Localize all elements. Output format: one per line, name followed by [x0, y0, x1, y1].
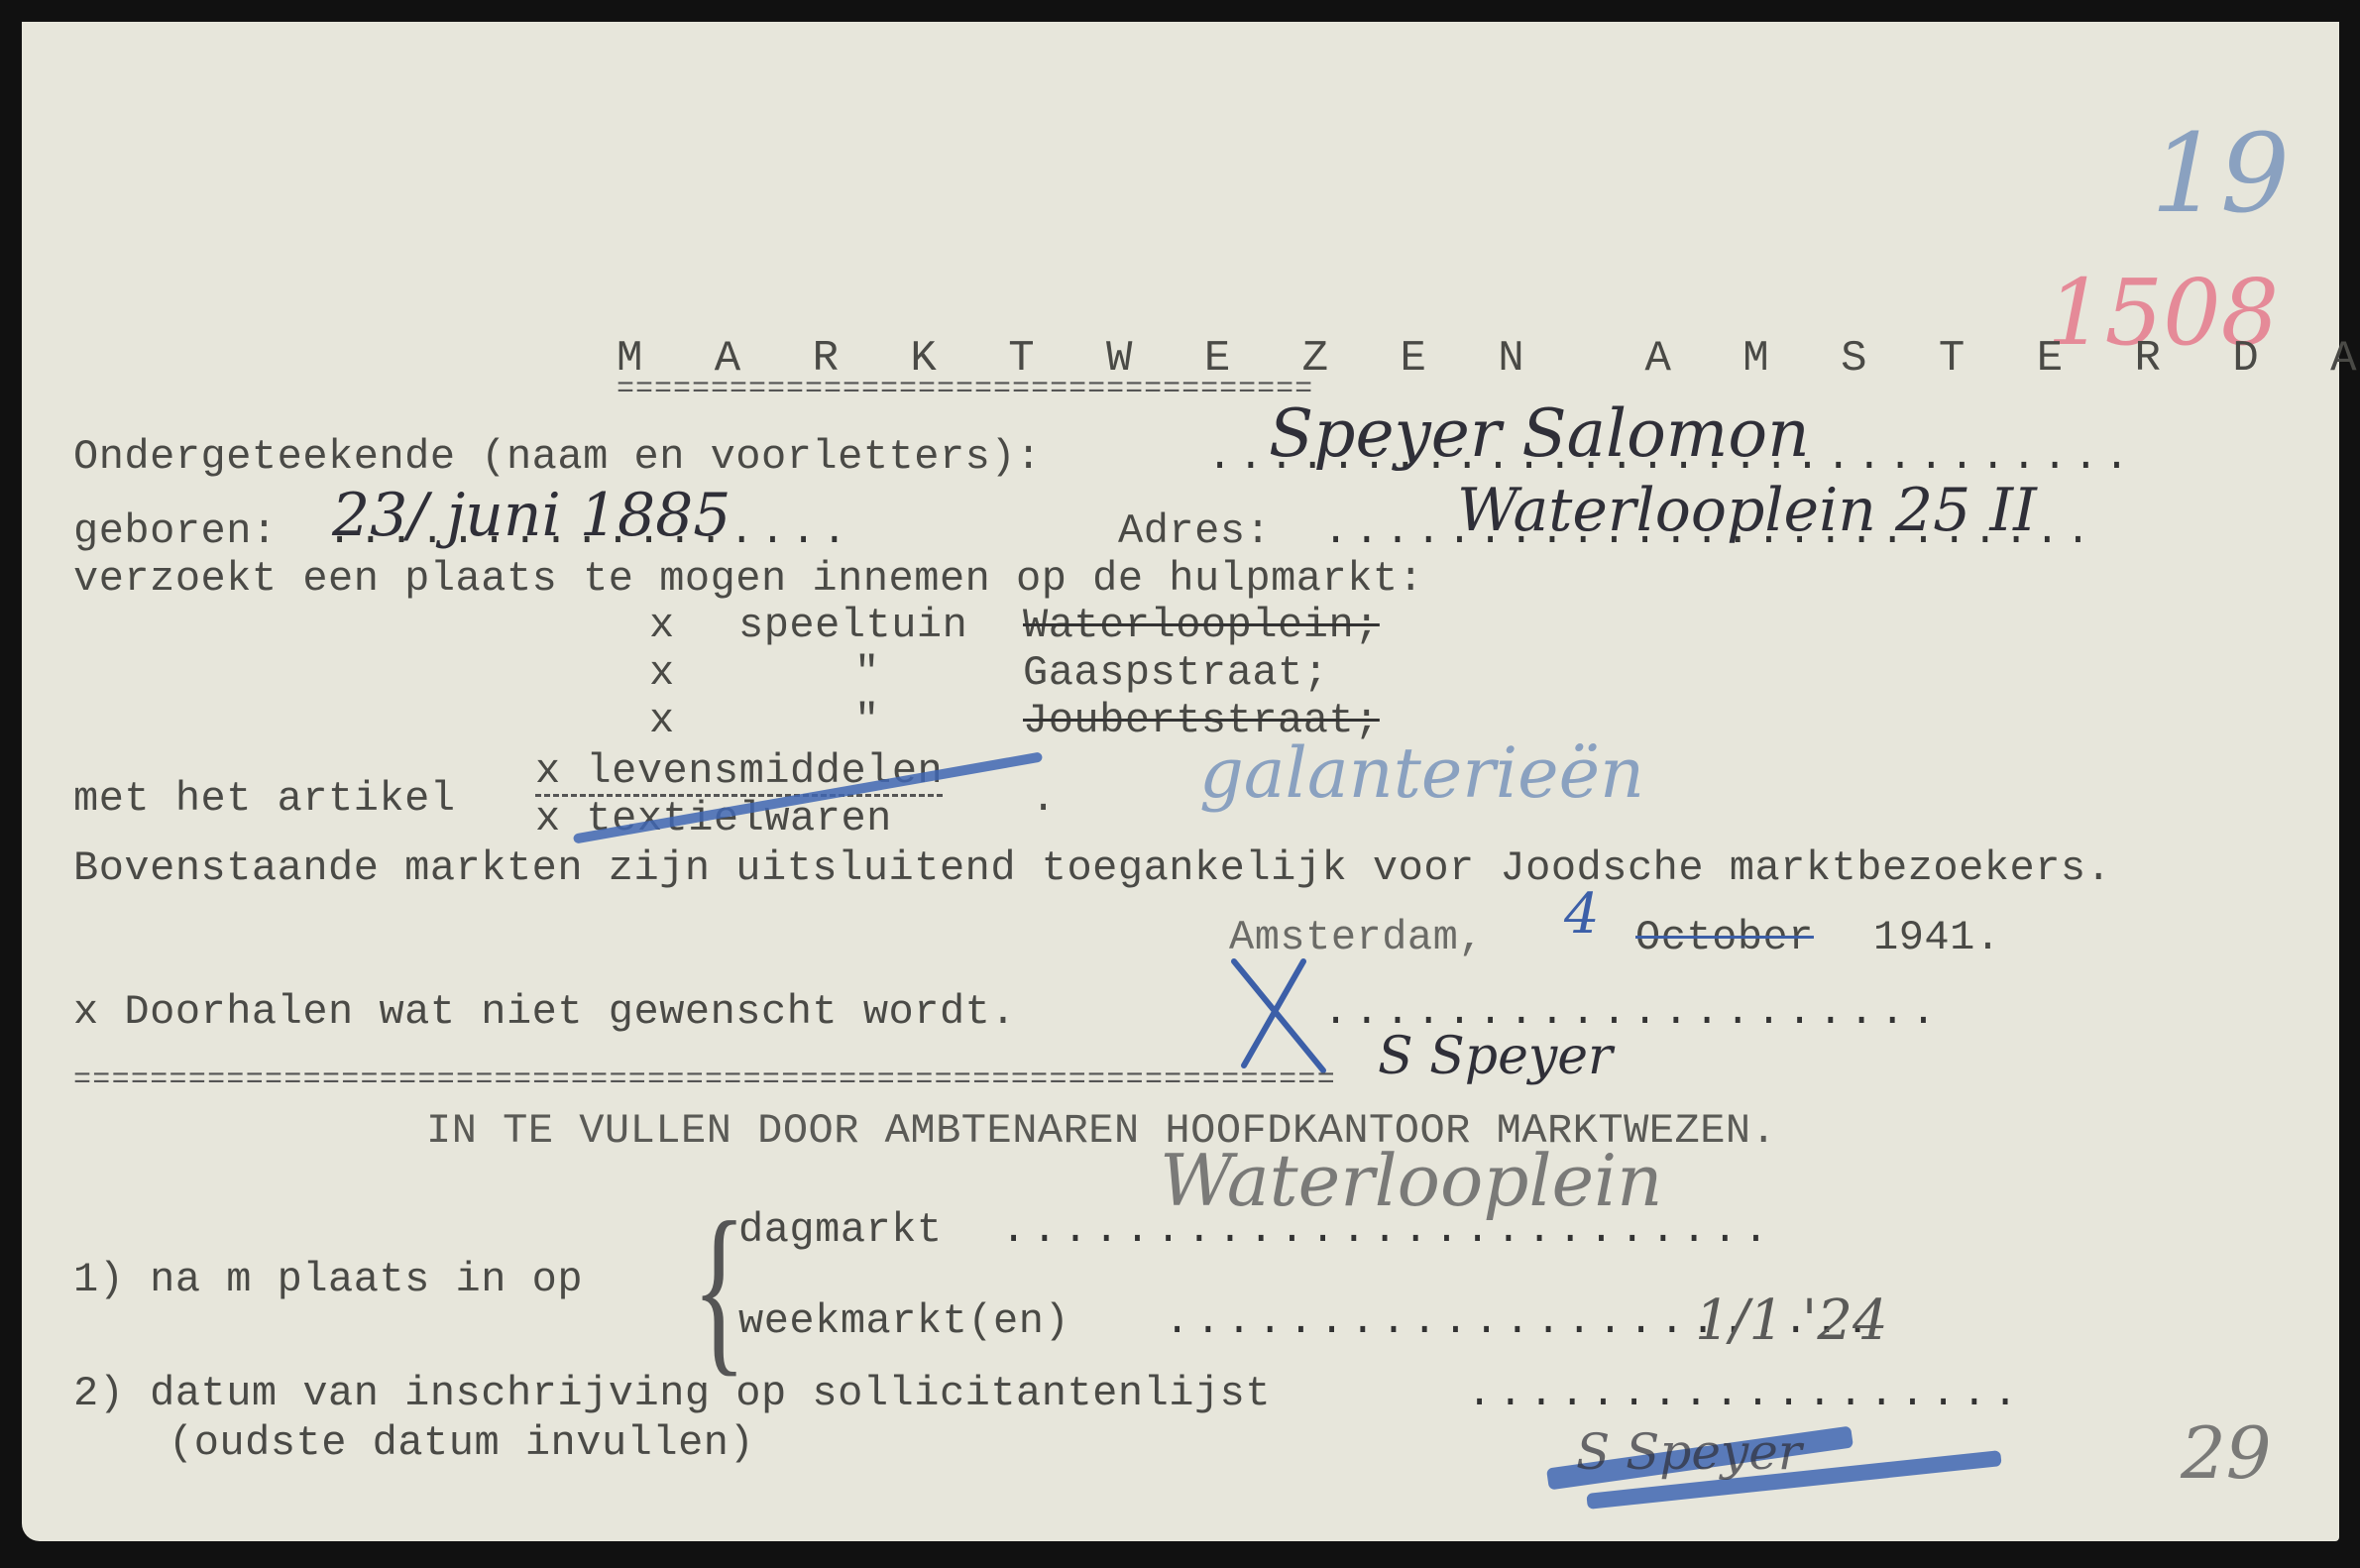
name-value: Speyer Salomon [1269, 401, 1810, 467]
item-2-label: 2) datum van inschrijving op sollicitant… [73, 1373, 1271, 1414]
notice-text: Bovenstaande markten zijn uitsluitend to… [73, 847, 2111, 889]
item-1-label: 1) na m plaats in op [73, 1259, 583, 1300]
article-option-food: x levensmiddelen [535, 750, 943, 797]
born-label: geboren: [73, 510, 278, 552]
address-label: Adres: [1118, 510, 1271, 552]
name-label: Ondergeteekende (naam en voorletters): [73, 436, 1042, 478]
address-value: Waterlooplein 25 II [1457, 481, 2037, 540]
title-underline: ===================================== [617, 375, 1313, 404]
place-city: Amsterdam, [1229, 917, 1484, 958]
market-waterlooplein: Waterlooplein; [1023, 605, 1380, 646]
market-prefix: " [854, 700, 880, 741]
market-prefix: " [854, 652, 880, 694]
scribbled-signature: S Speyer [1576, 1427, 1802, 1477]
footnote-text: x Doorhalen wat niet gewenscht wordt. [73, 991, 1016, 1033]
item-2-sub: (oudste datum invullen) [169, 1422, 754, 1464]
born-value: 23/ juni 1885 [332, 486, 730, 545]
date-day: 4 [1564, 887, 1600, 943]
market-marker: x [649, 605, 675, 646]
blue-x-mark [1224, 956, 1333, 1075]
signature: S Speyer [1378, 1031, 1613, 1082]
request-line: verzoekt een plaats te mogen innemen op … [73, 558, 1423, 600]
margin-number-blue: 19 [2151, 119, 2290, 228]
article-label: met het artikel [73, 778, 456, 820]
market-gaaspstraat: Gaaspstraat; [1023, 652, 1328, 694]
market-marker: x [649, 652, 675, 694]
market-marker: x [649, 700, 675, 741]
weekmarkt-value: 1/1 '24 [1695, 1293, 1888, 1349]
date-year: 1941. [1873, 917, 2001, 958]
dagmarkt-label: dagmarkt [738, 1209, 943, 1251]
weekmarkt-label: weekmarkt(en) [738, 1300, 1069, 1342]
market-prefix: speeltuin [738, 605, 967, 646]
bottom-number: 29 [2181, 1417, 2272, 1489]
separator-line: ========================================… [73, 1065, 1336, 1095]
date-month-struck: October [1635, 917, 1814, 958]
article-handwritten: galanterieën [1199, 738, 1644, 808]
